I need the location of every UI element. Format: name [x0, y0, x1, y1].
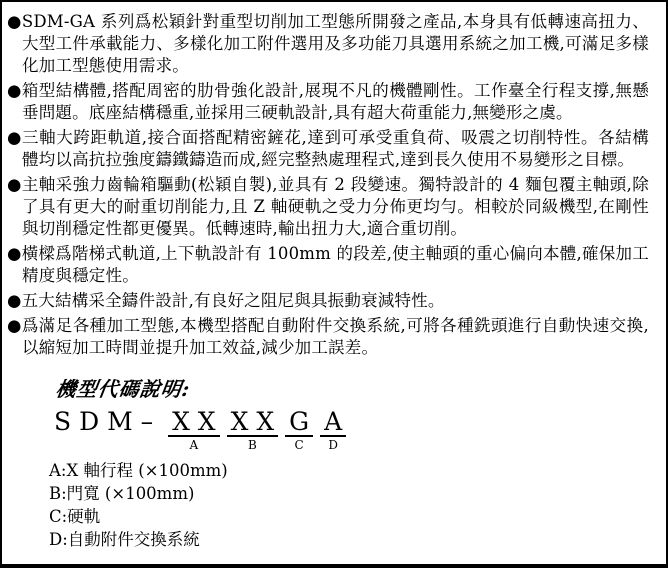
catalog-page: ●SDM-GA 系列爲松穎針對重型切削加工型態所開發之產品,本身具有低轉速高扭力…	[0, 0, 668, 568]
model-code-letters: X X	[168, 408, 220, 437]
feature-item: ●SDM-GA 系列爲松穎針對重型切削加工型態所開發之產品,本身具有低轉速高扭力…	[7, 11, 649, 77]
model-code-group-label: D	[328, 439, 338, 452]
model-code-letters: G	[285, 408, 313, 437]
model-code-group-b: X X B	[227, 408, 279, 452]
model-code-section: 機型代碼說明: S D M – X X A X X B G C A D A:X …	[54, 373, 666, 551]
model-code-group-a: X X A	[168, 408, 220, 452]
legend-item: A:X 軸行程 (×100mm)	[49, 459, 666, 482]
legend-item: C:硬軌	[49, 505, 666, 528]
model-code-group-c: G C	[285, 408, 313, 452]
model-code-title: 機型代碼說明:	[54, 373, 192, 402]
model-code-letters: X X	[227, 408, 279, 437]
feature-item: ●箱型結構體,搭配周密的肋骨強化設計,展現不凡的機體剛性。工作臺全行程支撐,無懸…	[7, 80, 649, 124]
legend-item: B:門寬 (×100mm)	[49, 482, 666, 505]
model-code-legend: A:X 軸行程 (×100mm) B:門寬 (×100mm) C:硬軌 D:自動…	[49, 459, 666, 551]
feature-item: ●橫樑爲階梯式軌道,上下軌設計有 100mm 的段差,使主軸頭的重心偏向本體,確…	[7, 243, 649, 287]
feature-list: ●SDM-GA 系列爲松穎針對重型切削加工型態所開發之產品,本身具有低轉速高扭力…	[2, 2, 666, 359]
model-code-group-label: B	[248, 439, 257, 452]
feature-item: ●爲滿足各種加工型態,本機型搭配自動附件交換系統,可將各種銑頭進行自動快速交換,…	[7, 315, 649, 359]
feature-item: ●主軸采強力齒輪箱驅動(松穎自製),並具有 2 段變速。獨特設計的 4 麵包覆主…	[7, 174, 649, 240]
model-code-prefix: S D M –	[54, 408, 161, 435]
feature-item: ●三軸大跨距軌道,接合面搭配精密鏟花,達到可承受重負荷、吸震之切削特性。各結構體…	[7, 127, 649, 171]
model-code-letters: A	[320, 408, 346, 437]
model-code-group-label: A	[190, 439, 199, 452]
model-code-line: S D M – X X A X X B G C A D	[54, 408, 666, 452]
model-code-group-label: C	[295, 439, 304, 452]
model-code-group-d: A D	[320, 408, 346, 452]
legend-item: D:自動附件交換系統	[49, 528, 666, 551]
feature-item: ●五大結構采全鑄件設計,有良好之阻尼與具振動衰減特性。	[7, 290, 649, 312]
